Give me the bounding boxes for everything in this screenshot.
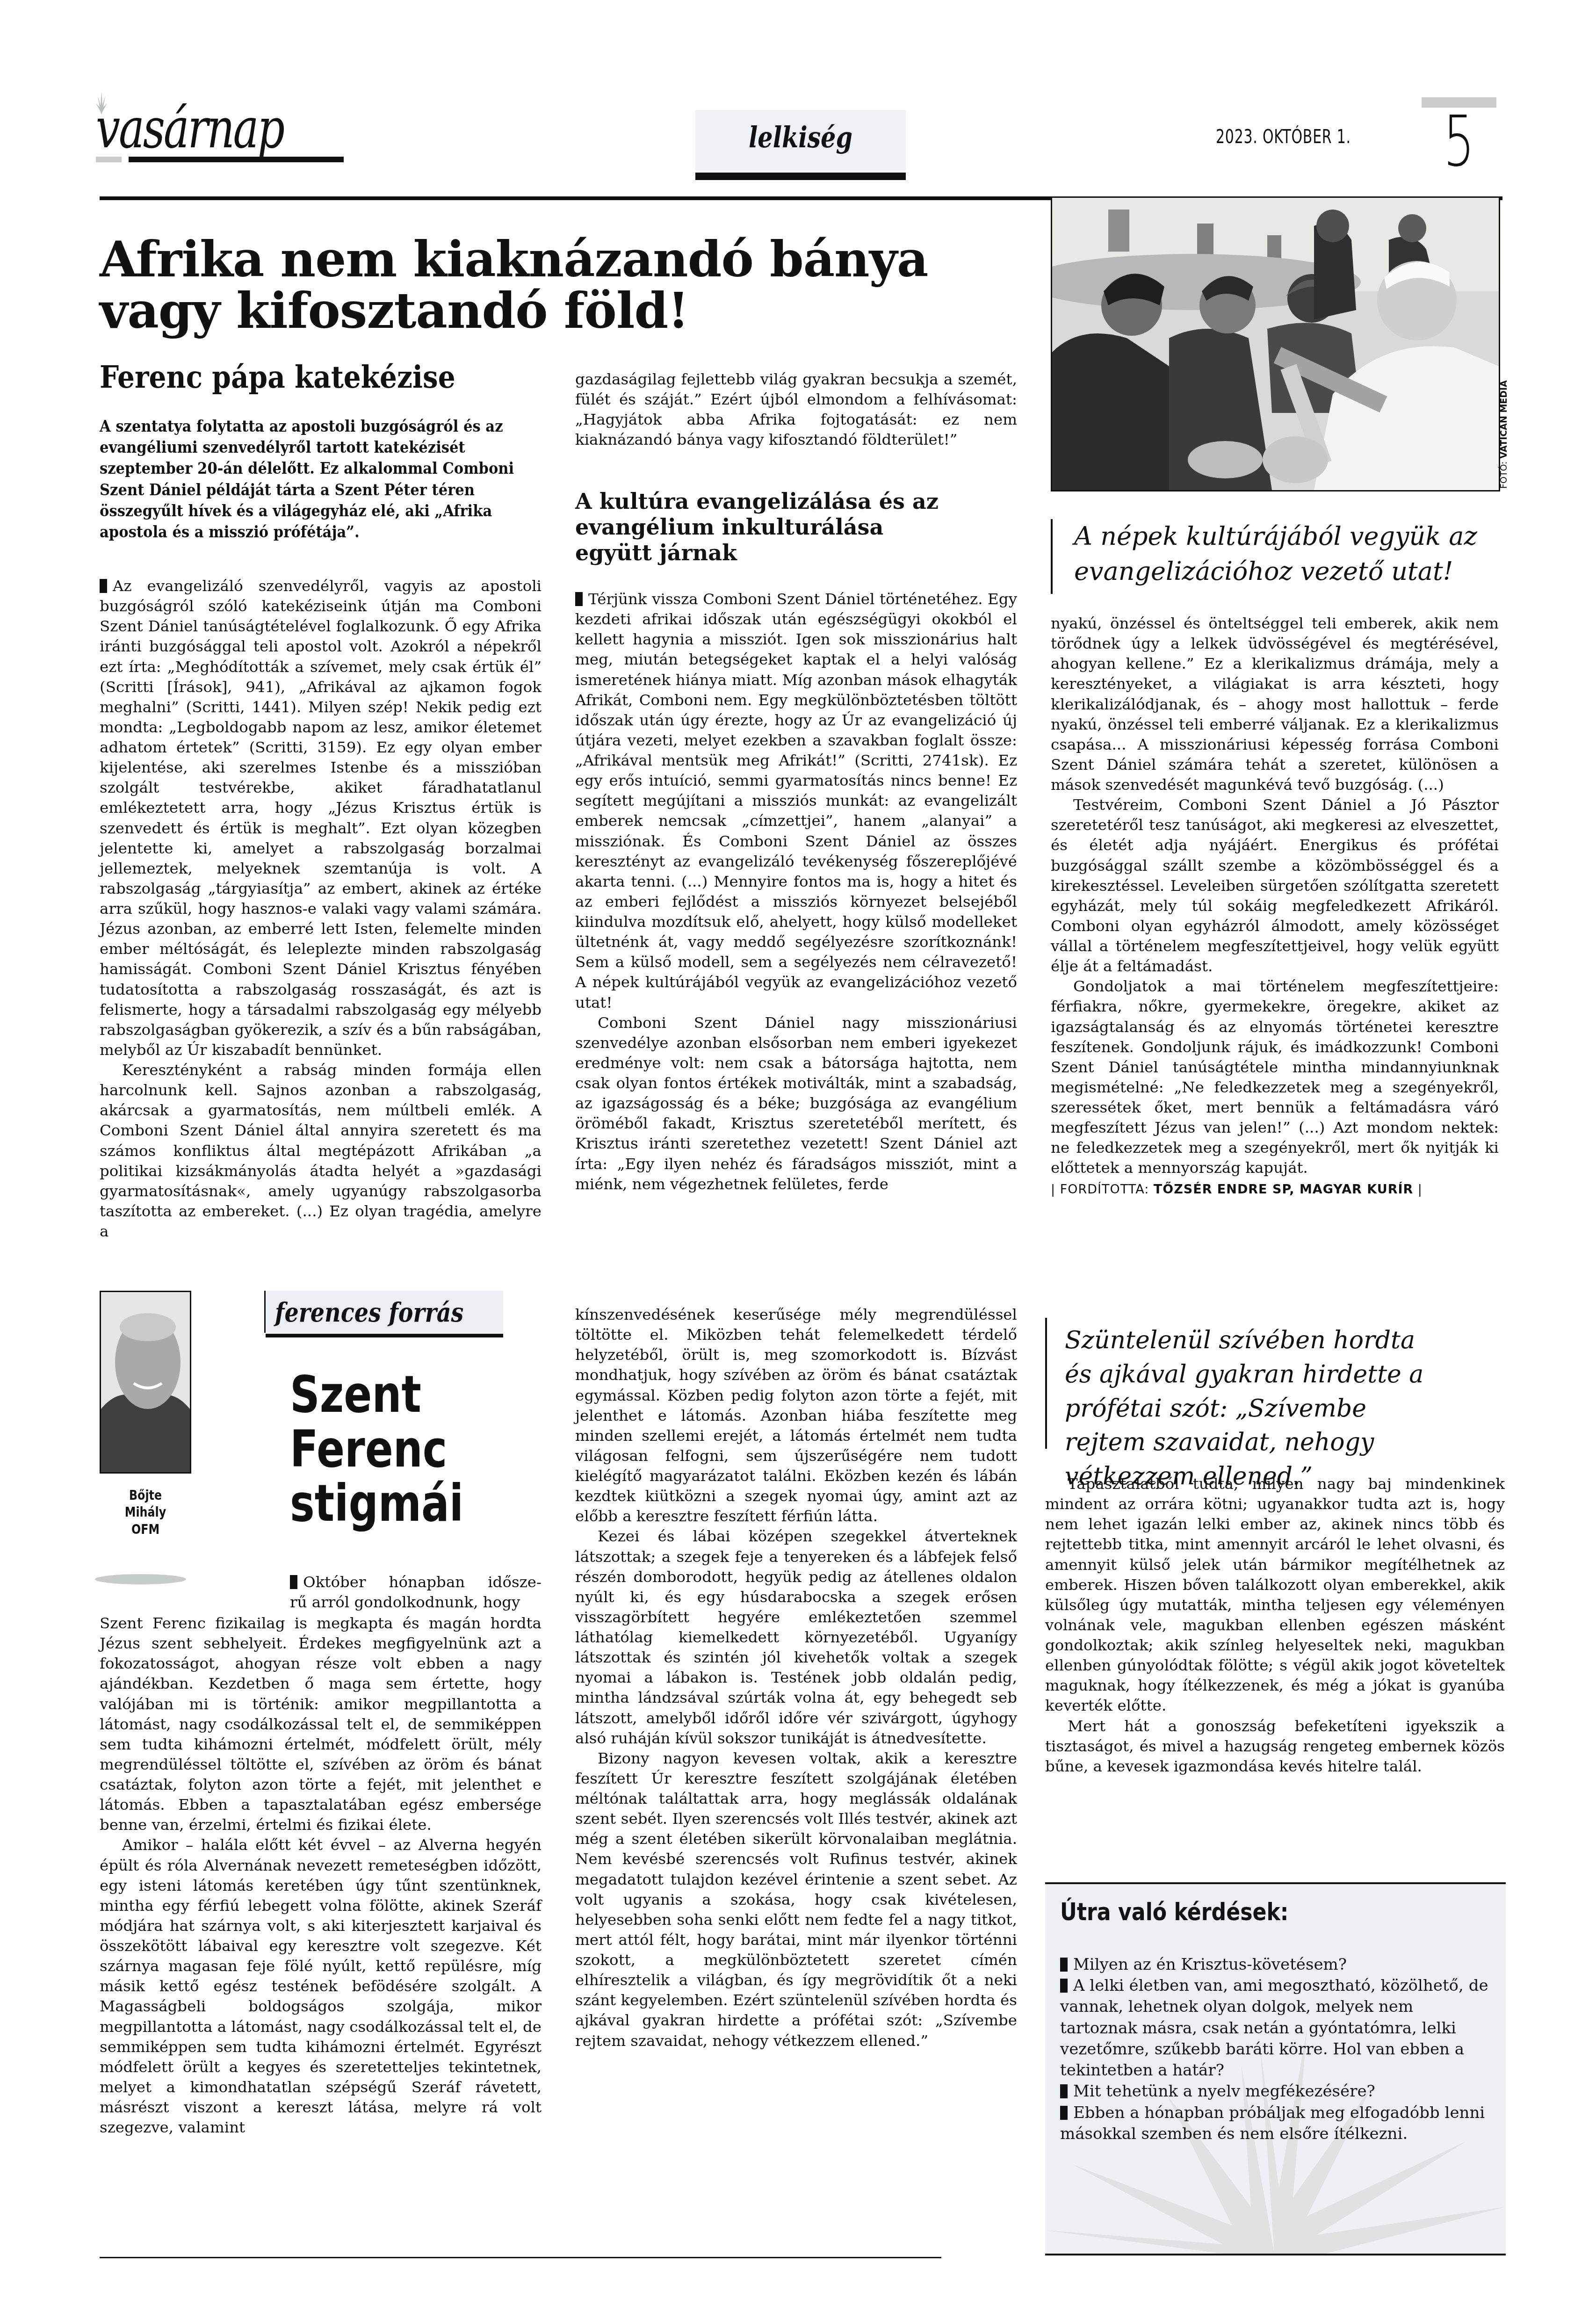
footer-rule bbox=[100, 2257, 941, 2258]
paragraph-marker-icon bbox=[100, 579, 107, 593]
paragraph: Szent Ferenc fizikailag is megkapta és m… bbox=[100, 1613, 542, 1835]
paragraph: Tapasztalatból tudta, milyen nagy baj mi… bbox=[1045, 1474, 1505, 1716]
article-column-1: Az evangelizáló szenvedélyről, vagyis az… bbox=[100, 576, 542, 1242]
newspaper-logo: vasárnap bbox=[96, 96, 344, 166]
questions-box: Útra való kérdések: Milyen az én Krisztu… bbox=[1045, 1882, 1506, 2255]
issue-date: 2023. OKTÓBER 1. bbox=[1216, 126, 1351, 148]
questions-title: Útra való kérdések: bbox=[1060, 1898, 1289, 1926]
author-portrait bbox=[100, 1291, 191, 1474]
paragraph: rű arról gondolkodnunk, hogy bbox=[290, 1592, 542, 1612]
question-text: Mit tehetünk a nyelv megfékezésére? bbox=[1073, 2082, 1375, 2101]
bullet-icon bbox=[1060, 1979, 1068, 1993]
question-text: A lelki életben van, ami megosztható, kö… bbox=[1060, 1976, 1488, 2080]
paragraph: Az evangelizáló szenvedélyről, vagyis az… bbox=[100, 576, 542, 1060]
article2-intro: Október hónapban idősze- rű arról gondol… bbox=[290, 1572, 542, 1612]
paragraph-text: Október hónapban idősze- bbox=[303, 1573, 542, 1591]
paragraph: Amikor – halála előtt két évvel – az Alv… bbox=[100, 1835, 542, 2138]
paragraph: Gondoljatok a mai történelem megfeszítet… bbox=[1051, 976, 1499, 1178]
photo-credit: FOTÓ: VATICAN MEDIA bbox=[1499, 380, 1509, 489]
paragraph: nyakú, önzéssel és önteltséggel teli emb… bbox=[1051, 614, 1499, 795]
paragraph: Comboni Szent Dániel nagy misszionáriusi… bbox=[575, 1013, 1017, 1194]
article2-column-2: kínszenvedésének keserűsége mély megrend… bbox=[575, 1305, 1017, 2051]
translator-credit: | FORDÍTOTTA: TŐZSÉR ENDRE SP, MAGYAR KU… bbox=[1051, 1181, 1499, 1198]
translator-label: FORDÍTOTTA: bbox=[1060, 1182, 1149, 1197]
paragraph: Kezei és lábai középen szegekkel átverte… bbox=[575, 1526, 1017, 1748]
paragraph: Október hónapban idősze- bbox=[290, 1572, 542, 1592]
photo-credit-name: VATICAN MEDIA bbox=[1499, 380, 1509, 458]
author-byline: Bőjte Mihály OFM bbox=[107, 1487, 185, 1538]
article2-column-1: Szent Ferenc fizikailag is megkapta és m… bbox=[100, 1613, 542, 2138]
paragraph: Keresztényként a rabság minden formája e… bbox=[100, 1060, 542, 1242]
page-number-box: 5 bbox=[1422, 97, 1496, 207]
translator-name: TŐZSÉR ENDRE SP, MAGYAR KURÍR bbox=[1154, 1182, 1413, 1197]
logo-text: vasárnap bbox=[96, 101, 283, 156]
question-item: Ebben a hónapban próbáljak meg elfogadób… bbox=[1060, 2103, 1495, 2145]
question-item: A lelki életben van, ami megosztható, kö… bbox=[1060, 1975, 1495, 2081]
column-label-box: ferences forrás bbox=[264, 1291, 503, 1333]
article-subtitle: Ferenc pápa katekézise bbox=[100, 360, 552, 394]
question-text: Milyen az én Krisztus-követésem? bbox=[1073, 1955, 1347, 1974]
questions-list: Milyen az én Krisztus-követésem? A lelki… bbox=[1060, 1954, 1495, 2145]
pull-quote-1: A népek kultúrájából vegyük az evangeliz… bbox=[1051, 519, 1500, 594]
paragraph: Mert hát a gonoszság befeketíteni igyeks… bbox=[1045, 1716, 1505, 1777]
article2-column-3: Tapasztalatból tudta, milyen nagy baj mi… bbox=[1045, 1474, 1505, 1777]
pope-audience-photo bbox=[1052, 198, 1499, 490]
author-name: Bőjte Mihály bbox=[107, 1487, 185, 1521]
article-headline: Afrika nem kiaknázandó bánya vagy kifosz… bbox=[100, 234, 1035, 337]
author-order: OFM bbox=[107, 1521, 185, 1538]
question-item: Milyen az én Krisztus-követésem? bbox=[1060, 1954, 1495, 1975]
paragraph: Térjünk vissza Comboni Szent Dániel tört… bbox=[575, 589, 1017, 1013]
section-rule bbox=[695, 173, 906, 180]
pull-quote-bar bbox=[1051, 519, 1053, 594]
question-text: Ebben a hónapban próbáljak meg elfogadób… bbox=[1060, 2103, 1485, 2143]
paragraph: Testvéreim, Comboni Szent Dániel a Jó Pá… bbox=[1051, 795, 1499, 976]
headline-line-2: vagy kifosztandó föld! bbox=[100, 285, 1035, 337]
headline-line-2: Ferenc bbox=[290, 1423, 482, 1477]
article2-headline: Szent Ferenc stigmái bbox=[290, 1368, 482, 1532]
section-label: lelkiség bbox=[715, 120, 887, 154]
headline-line-1: Szent bbox=[290, 1368, 482, 1423]
article-photo bbox=[1051, 196, 1500, 491]
article-lead: A szentatya folytatta az apostoli buzgós… bbox=[100, 416, 537, 543]
article-subhead: A kultúra evangelizálása és az evangéliu… bbox=[575, 489, 949, 566]
headline-line-1: Afrika nem kiaknázandó bánya bbox=[100, 234, 1035, 285]
question-item: Mit tehetünk a nyelv megfékezésére? bbox=[1060, 2081, 1495, 2102]
logo-rule bbox=[129, 157, 344, 162]
paragraph: gazdaságilag fejlettebb világ gyakran be… bbox=[575, 369, 1017, 450]
paragraph-text: Térjünk vissza Comboni Szent Dániel tört… bbox=[575, 590, 1017, 1012]
bullet-icon bbox=[1060, 2106, 1068, 2120]
decorative-shadow bbox=[95, 1574, 186, 1584]
article-column-3: nyakú, önzéssel és önteltséggel teli emb… bbox=[1051, 614, 1499, 1198]
paragraph-marker-icon bbox=[575, 592, 583, 606]
paragraph-text: Az evangelizáló szenvedélyről, vagyis az… bbox=[100, 577, 542, 1059]
section-tag: lelkiség bbox=[695, 110, 906, 171]
photo-credit-label: FOTÓ: bbox=[1499, 461, 1509, 489]
page-number: 5 bbox=[1433, 107, 1485, 177]
pull-quote-text: A népek kultúrájából vegyük az evangeliz… bbox=[1074, 519, 1495, 589]
headline-line-3: stigmái bbox=[290, 1477, 482, 1532]
bullet-icon bbox=[1060, 2084, 1068, 2098]
pull-quote-bar bbox=[1045, 1318, 1047, 1449]
article-column-2-top: gazdaságilag fejlettebb világ gyakran be… bbox=[575, 369, 1017, 450]
column-label: ferences forrás bbox=[275, 1297, 463, 1328]
column-label-rule bbox=[266, 1334, 503, 1337]
bullet-icon bbox=[1060, 1958, 1068, 1972]
author-photo bbox=[101, 1292, 190, 1472]
logo-rule-grey bbox=[96, 157, 122, 162]
paragraph: kínszenvedésének keserűsége mély megrend… bbox=[575, 1305, 1017, 1526]
paragraph-marker-icon bbox=[290, 1575, 297, 1589]
article-column-2: Térjünk vissza Comboni Szent Dániel tört… bbox=[575, 589, 1017, 1194]
pull-quote-text: Szüntelenül szívében hordta és ajkával g… bbox=[1065, 1323, 1448, 1494]
pull-quote-2: Szüntelenül szívében hordta és ajkával g… bbox=[1045, 1318, 1499, 1449]
paragraph: Bizony nagyon kevesen voltak, akik a ker… bbox=[575, 1749, 1017, 2051]
